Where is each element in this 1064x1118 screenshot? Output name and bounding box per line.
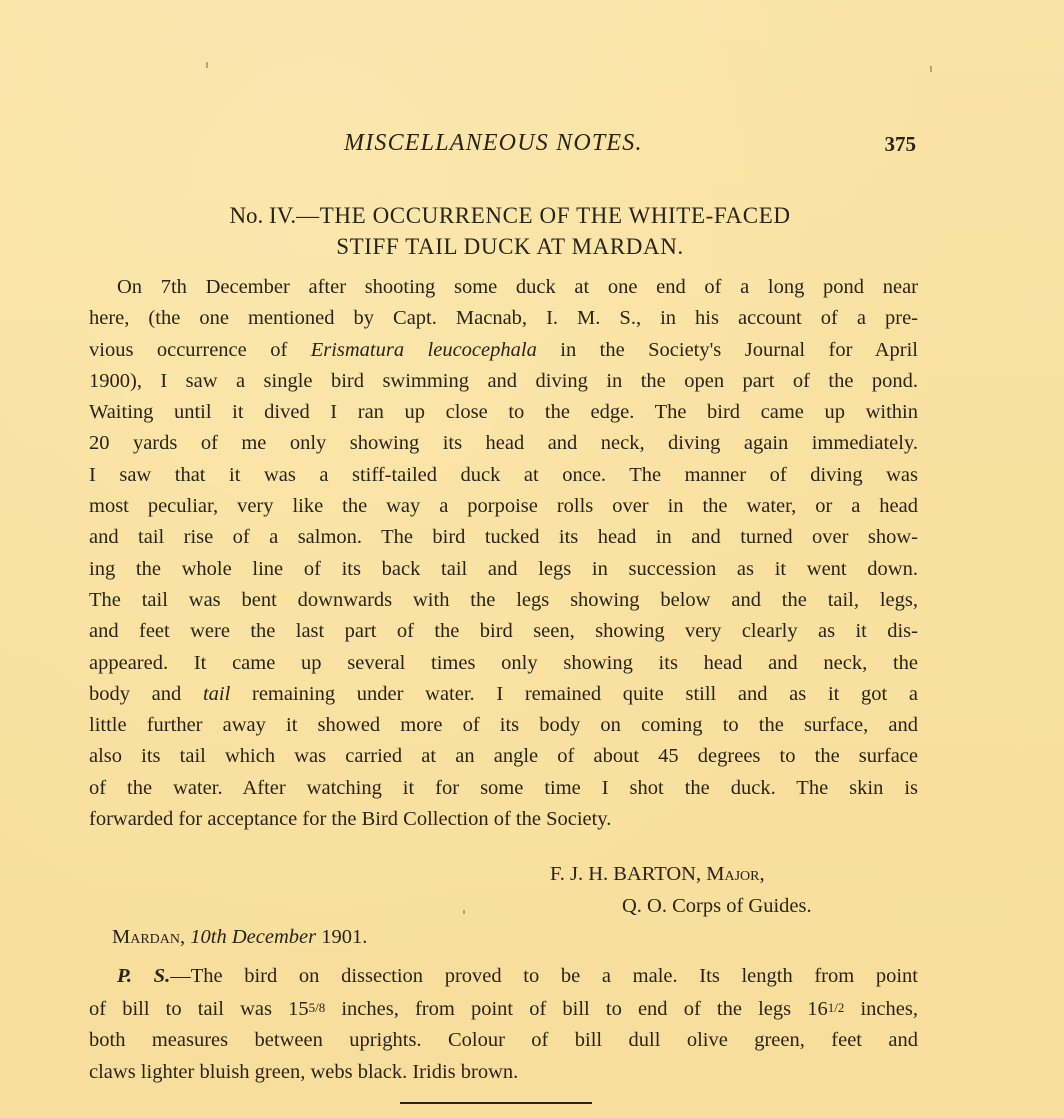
italic-term: Erismatura leucocephala [311, 339, 537, 361]
fraction: 5/8 [309, 1000, 326, 1015]
fraction: 1/2 [828, 1000, 845, 1015]
dateline-month: December [232, 926, 316, 948]
postscript-line: claws lighter bluish green, webs black. … [89, 1056, 918, 1088]
article-number: No. IV. [229, 203, 296, 228]
body-line: vious occurrence of Erismatura leucoceph… [89, 335, 918, 366]
postscript-text: of bill to tail was 15 [89, 998, 309, 1020]
body-line: Waiting until it dived I ran up close to… [89, 397, 918, 428]
author-rank: Major, [706, 863, 764, 885]
body-line: body and tail remaining under water. I r… [89, 679, 918, 710]
running-title: MISCELLANEOUS NOTES. [344, 130, 643, 157]
postscript-line: P. S.—The bird on dissection proved to b… [89, 960, 918, 992]
postscript-line: both measures between uprights. Colour o… [89, 1024, 918, 1056]
postscript-text: inches, from point of bill to end of the… [325, 998, 828, 1020]
body-line: The tail was bent downwards with the leg… [89, 585, 918, 616]
body-line: forwarded for acceptance for the Bird Co… [89, 804, 918, 835]
body-line: and tail rise of a salmon. The bird tuck… [89, 522, 918, 553]
body-line: here, (the one mentioned by Capt. Macnab… [89, 303, 918, 334]
article-title: No. IV.—THE OCCURRENCE OF THE WHITE-FACE… [150, 200, 870, 262]
dateline-place: Mardan, [112, 926, 185, 948]
body-line: ing the whole line of its back tail and … [89, 554, 918, 585]
article-title-text-1: —THE OCCURRENCE OF THE WHITE-FACED [296, 203, 790, 228]
body-line: most peculiar, very like the way a porpo… [89, 491, 918, 522]
postscript: P. S.—The bird on dissection proved to b… [89, 960, 918, 1088]
body-line: 1900), I saw a single bird swimming and … [89, 366, 918, 397]
article-title-line-1: No. IV.—THE OCCURRENCE OF THE WHITE-FACE… [150, 200, 870, 231]
running-head: MISCELLANEOUS NOTES. 375 [340, 130, 920, 164]
body-line: of the water. After watching it for some… [89, 773, 918, 804]
scanned-page: MISCELLANEOUS NOTES. 375 No. IV.—THE OCC… [0, 0, 1064, 1118]
dateline: Mardan, 10th December 1901. [112, 926, 367, 949]
postscript-text: —The bird on dissection proved to be a m… [170, 965, 918, 987]
postscript-label: P. S. [117, 965, 170, 987]
body-text-run: body and [89, 683, 203, 705]
paper-speck [930, 66, 932, 72]
end-rule-divider [400, 1102, 592, 1104]
body-line: appeared. It came up several times only … [89, 648, 918, 679]
author-name: F. J. H. BARTON, [550, 863, 701, 885]
dateline-day: 10th [190, 926, 226, 948]
body-text-run: in the Society's Journal for April [537, 339, 918, 361]
postscript-line: of bill to tail was 155/8 inches, from p… [89, 992, 918, 1024]
article-title-line-2: STIFF TAIL DUCK AT MARDAN. [150, 231, 870, 262]
author-unit: Q. O. Corps of Guides. [550, 890, 812, 922]
postscript-text: inches, [844, 998, 918, 1020]
italic-term: tail [203, 683, 230, 705]
dateline-year: 1901. [321, 926, 367, 948]
body-line: I saw that it was a stiff-tailed duck at… [89, 460, 918, 491]
paper-speck [463, 910, 465, 914]
body-line: little further away it showed more of it… [89, 710, 918, 741]
article-body: On 7th December after shooting some duck… [89, 272, 918, 835]
body-line: and feet were the last part of the bird … [89, 616, 918, 647]
body-line: also its tail which was carried at an an… [89, 741, 918, 772]
page-number: 375 [885, 132, 917, 157]
body-text-run: vious occurrence of [89, 339, 311, 361]
author-line: F. J. H. BARTON, Major, [550, 858, 812, 890]
paper-speck [206, 62, 208, 68]
body-line: 20 yards of me only showing its head and… [89, 428, 918, 459]
signature-block: F. J. H. BARTON, Major, Q. O. Corps of G… [550, 858, 812, 922]
body-line: On 7th December after shooting some duck… [89, 272, 918, 303]
body-text-run: remaining under water. I remained quite … [230, 683, 918, 705]
